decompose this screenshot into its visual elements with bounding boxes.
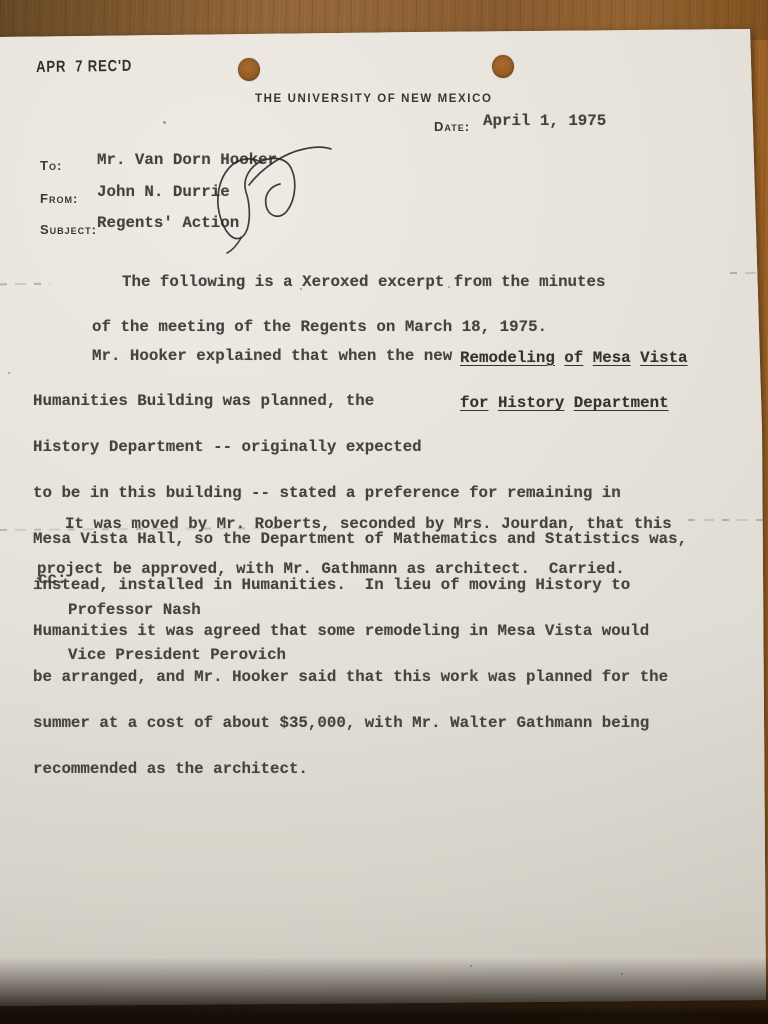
photo-scene: APR 7 REC'D THE UNIVERSITY OF NEW MEXICO…: [0, 0, 768, 1024]
desk-shadow-bottom: [0, 0, 768, 1024]
